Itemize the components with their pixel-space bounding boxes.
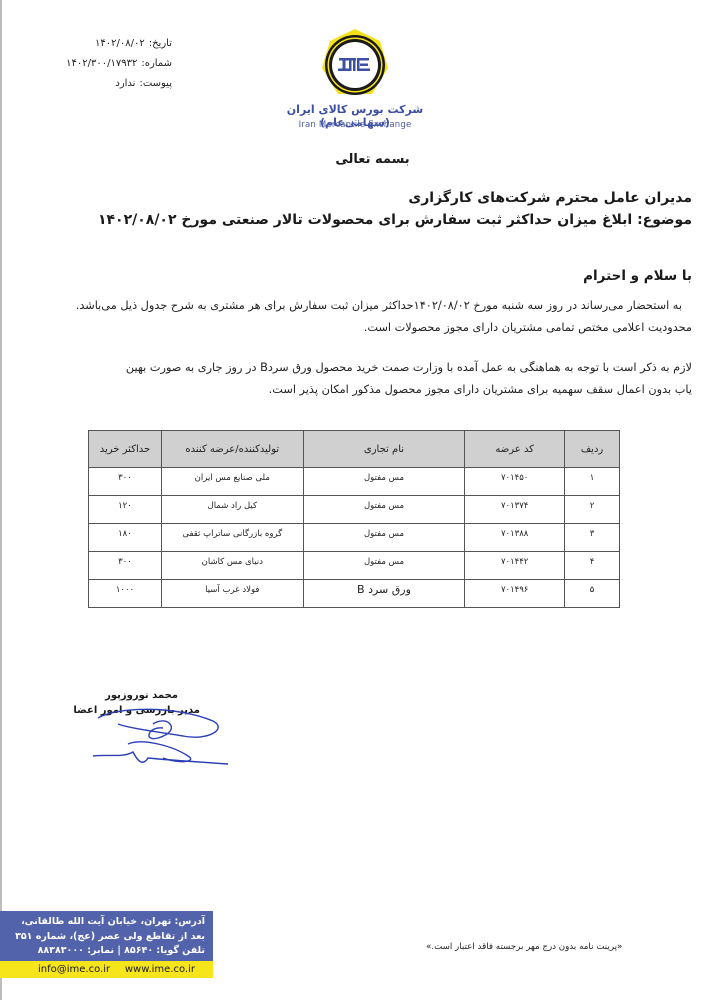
attachment-row: پیوست: ندارد <box>60 74 172 94</box>
page-left-border <box>0 0 2 1000</box>
cell-offer-code: ۷۰۱۳۸۸ <box>465 524 565 552</box>
footer-address-block: آدرس: تهران، خیابان آیت الله طالقانی، بع… <box>0 911 213 961</box>
cell-row-number: ۳ <box>565 524 620 552</box>
cell-offer-code: ۷۰۱۴۵۰ <box>465 468 565 496</box>
header-producer: تولیدکننده/عرضه کننده <box>161 431 303 468</box>
table-row: ۲ ۷۰۱۳۷۴ مس مفتول کیل راد شمال ۱۲۰ <box>89 496 620 524</box>
header-trade-name: نام تجاری <box>303 431 465 468</box>
cell-trade-name: مس مفتول <box>303 496 465 524</box>
header-max-purchase: حداکثر خرید <box>89 431 162 468</box>
cell-max-purchase: ۱۸۰ <box>89 524 162 552</box>
header-row-number: ردیف <box>565 431 620 468</box>
attachment-value: ندارد <box>115 74 135 94</box>
cell-row-number: ۲ <box>565 496 620 524</box>
cell-trade-name: ورق سرد B <box>303 580 465 608</box>
paragraph-2-line-1: لازم به ذکر است با توجه به هماهنگی به عم… <box>32 357 692 379</box>
email-link[interactable]: info@ime.co.ir <box>38 964 110 975</box>
cell-trade-name: مس مفتول <box>303 468 465 496</box>
bismillah-heading: بسمه تعالی <box>0 152 707 167</box>
body-paragraph-2: لازم به ذکر است با توجه به هماهنگی به عم… <box>32 357 692 401</box>
date-label: تاریخ: <box>149 34 172 54</box>
paragraph-1-line-1-text: به استحضار می‌رساند در روز سه شنبه مورخ … <box>76 299 682 312</box>
company-name-en: Iran Mercantile Exchange <box>250 120 460 130</box>
cell-trade-name: مس مفتول <box>303 524 465 552</box>
number-row: شماره: ۱۴۰۲/۳۰۰/۱۷۹۳۲ <box>60 54 172 74</box>
paragraph-1-line-1: به استحضار می‌رساند در روز سه شنبه مورخ … <box>32 295 692 317</box>
cell-producer: گروه بازرگانی ساتراپ ثقفی <box>161 524 303 552</box>
cell-trade-name: مس مفتول <box>303 552 465 580</box>
address-line-3: تلفن گویا: ۸۵۶۴۰ | نمابر: ۸۸۳۸۳۰۰۰ <box>4 944 205 959</box>
address-line-2: بعد از تقاطع ولی عصر (عج)، شماره ۳۵۱ <box>4 930 205 945</box>
recipient-line: مدیران عامل محترم شرکت‌های کارگزاری <box>408 190 692 206</box>
footer-contact-bar: info@ime.co.ir www.ime.co.ir <box>0 961 213 978</box>
cell-producer: کیل راد شمال <box>161 496 303 524</box>
handwritten-signature-icon <box>88 696 248 776</box>
table-header-row: ردیف کد عرضه نام تجاری تولیدکننده/عرضه ک… <box>89 431 620 468</box>
ime-logo-icon <box>320 28 390 100</box>
cell-max-purchase: ۳۰۰ <box>89 552 162 580</box>
table-row: ۱ ۷۰۱۴۵۰ مس مفتول ملی صنایع مس ایران ۳۰۰ <box>89 468 620 496</box>
attachment-label: پیوست: <box>139 74 172 94</box>
number-label: شماره: <box>141 54 172 74</box>
cell-max-purchase: ۱۲۰ <box>89 496 162 524</box>
cell-offer-code: ۷۰۱۴۹۶ <box>465 580 565 608</box>
table-row: ۳ ۷۰۱۳۸۸ مس مفتول گروه بازرگانی ساتراپ ث… <box>89 524 620 552</box>
table-row: ۴ ۷۰۱۴۴۲ مس مفتول دنیای مس کاشان ۳۰۰ <box>89 552 620 580</box>
cell-row-number: ۵ <box>565 580 620 608</box>
paragraph-1-line-2: محدودیت اعلامی مختص تمامی مشتریان دارای … <box>32 317 692 339</box>
cell-row-number: ۱ <box>565 468 620 496</box>
greeting: با سلام و احترام <box>583 268 692 284</box>
letter-meta: تاریخ: ۱۴۰۲/۰۸/۰۲ شماره: ۱۴۰۲/۳۰۰/۱۷۹۳۲ … <box>60 34 172 94</box>
number-value: ۱۴۰۲/۳۰۰/۱۷۹۳۲ <box>66 54 137 74</box>
website-link[interactable]: www.ime.co.ir <box>125 964 195 975</box>
cell-max-purchase: ۱۰۰۰ <box>89 580 162 608</box>
cell-producer: فولاد غرب آسیا <box>161 580 303 608</box>
cell-row-number: ۴ <box>565 552 620 580</box>
body-paragraph-1: به استحضار می‌رساند در روز سه شنبه مورخ … <box>32 295 692 339</box>
validity-note: «پرینت نامه بدون درج مهر برجسته فاقد اعت… <box>426 942 622 952</box>
address-line-1: آدرس: تهران، خیابان آیت الله طالقانی، <box>4 915 205 930</box>
cell-offer-code: ۷۰۱۳۷۴ <box>465 496 565 524</box>
products-table: ردیف کد عرضه نام تجاری تولیدکننده/عرضه ک… <box>88 430 620 608</box>
cell-producer: دنیای مس کاشان <box>161 552 303 580</box>
header-offer-code: کد عرضه <box>465 431 565 468</box>
date-value: ۱۴۰۲/۰۸/۰۲ <box>95 34 145 54</box>
cell-offer-code: ۷۰۱۴۴۲ <box>465 552 565 580</box>
table-row: ۵ ۷۰۱۴۹۶ ورق سرد B فولاد غرب آسیا ۱۰۰۰ <box>89 580 620 608</box>
cell-producer: ملی صنایع مس ایران <box>161 468 303 496</box>
date-row: تاریخ: ۱۴۰۲/۰۸/۰۲ <box>60 34 172 54</box>
subject-line: موضوع: ابلاغ میزان حداکثر ثبت سفارش برای… <box>98 212 692 228</box>
paragraph-2-line-2: یاب بدون اعمال سقف سهمیه برای مشتریان دا… <box>32 379 692 401</box>
cell-max-purchase: ۳۰۰ <box>89 468 162 496</box>
